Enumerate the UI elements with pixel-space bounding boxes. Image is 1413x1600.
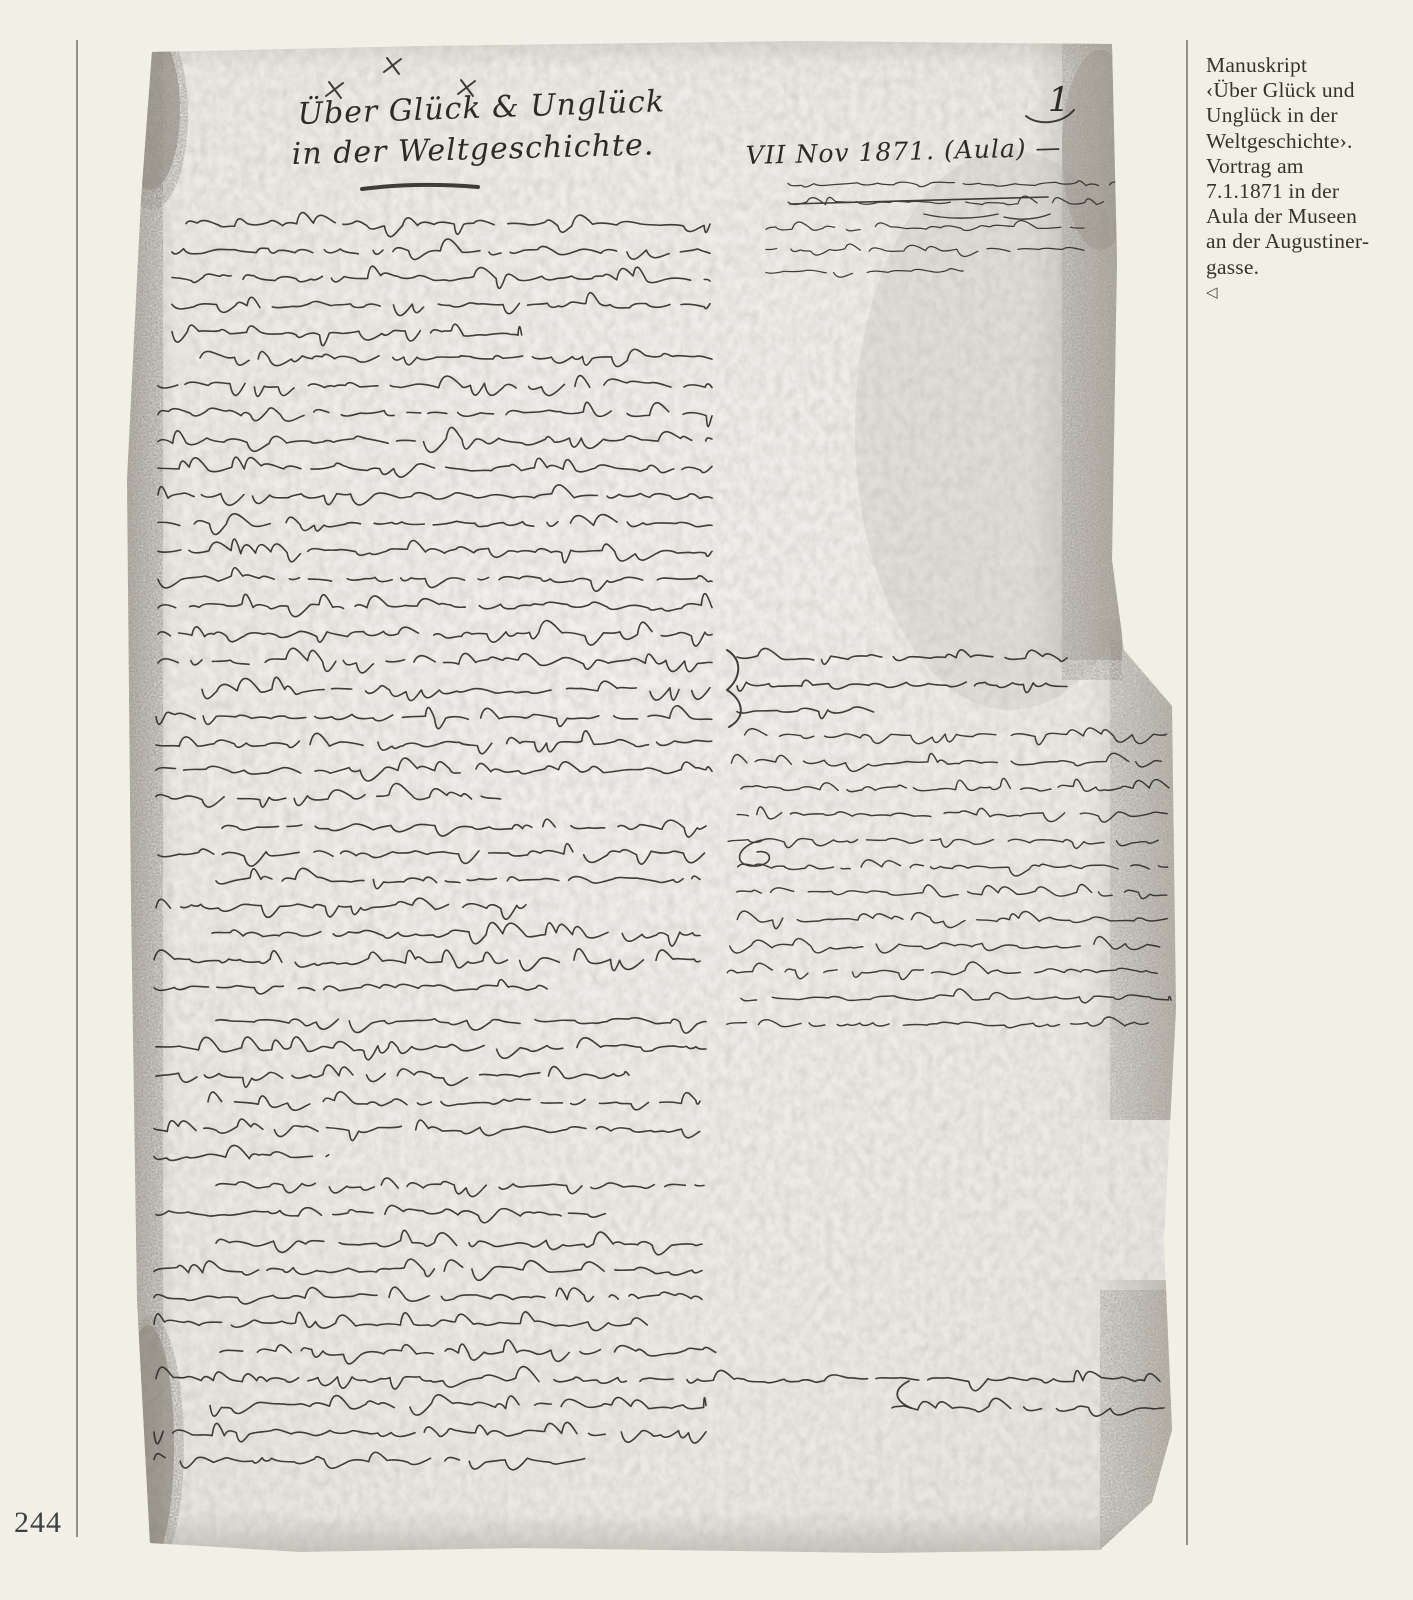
caption-line: Unglück in der — [1206, 103, 1388, 128]
scan-paper: Über Glück & Unglück in der Weltgeschich… — [116, 20, 1180, 1575]
caption-line: gasse. — [1206, 255, 1388, 280]
caption-end-marker-icon: ◁ — [1206, 283, 1388, 303]
caption-line: ‹Über Glück und — [1206, 78, 1388, 103]
caption-line: 7.1.1871 in der — [1206, 179, 1388, 204]
left-margin-rule — [76, 40, 78, 1537]
manuscript-scan-image: Über Glück & Unglück in der Weltgeschich… — [0, 0, 1413, 1600]
caption-line: Manuskript — [1206, 53, 1388, 78]
photo-caption: Manuskript ‹Über Glück und Unglück in de… — [1206, 53, 1388, 303]
caption-line: Aula der Museen — [1206, 204, 1388, 229]
sheet-number: 1 — [1048, 80, 1070, 120]
caption-line: an der Augustiner- — [1206, 229, 1388, 254]
caption-line: Vortrag am — [1206, 154, 1388, 179]
caption-rule — [1186, 40, 1188, 1545]
book-page: { "page": { "background_color": "#f2efe6… — [0, 0, 1413, 1600]
caption-line: Weltgeschichte›. — [1206, 129, 1388, 154]
page-number: 244 — [14, 1506, 62, 1540]
